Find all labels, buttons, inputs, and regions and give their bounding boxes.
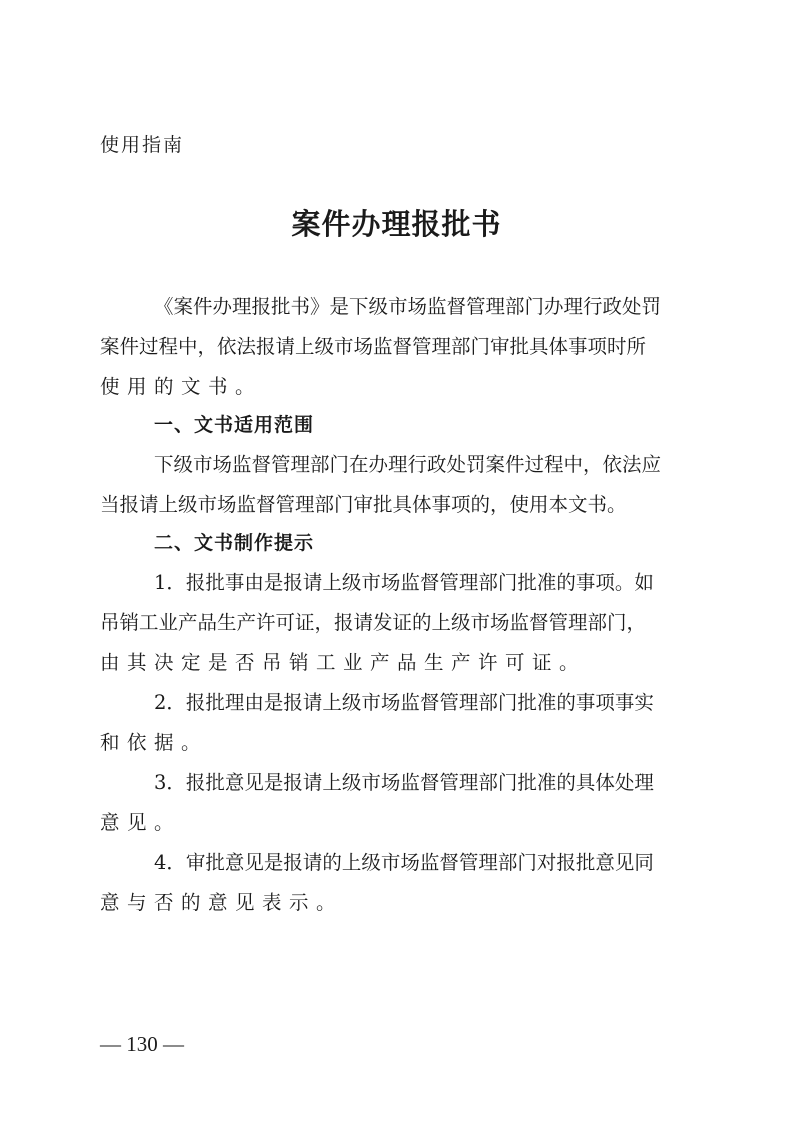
page-number: — 130 — xyxy=(100,1030,184,1058)
text-line: 3．报批意见是报请上级市场监督管理部门批准的具体处理 xyxy=(100,763,694,803)
text-line: 和依据。 xyxy=(100,723,694,763)
scope-paragraph: 下级市场监督管理部门在办理行政处罚案件过程中，依法应 当报请上级市场监督管理部门… xyxy=(100,445,694,525)
text-line: 1．报批事由是报请上级市场监督管理部门批准的事项。如 xyxy=(100,563,694,603)
intro-paragraph: 《案件办理报批书》是下级市场监督管理部门办理行政处罚 案件过程中，依法报请上级市… xyxy=(100,287,694,407)
text-line: 下级市场监督管理部门在办理行政处罚案件过程中，依法应 xyxy=(100,445,694,485)
section-heading-tips: 二、文书制作提示 xyxy=(100,523,694,563)
text-line: 由其决定是否吊销工业产品生产许可证。 xyxy=(100,643,694,683)
tip-item-4: 4．审批意见是报请的上级市场监督管理部门对报批意见同 意与否的意见表示。 xyxy=(100,843,694,923)
text-line: 使用的文书。 xyxy=(100,367,694,407)
section-heading-scope: 一、文书适用范围 xyxy=(100,405,694,445)
tip-item-2: 2．报批理由是报请上级市场监督管理部门批准的事项事实 和依据。 xyxy=(100,683,694,763)
tip-item-3: 3．报批意见是报请上级市场监督管理部门批准的具体处理 意见。 xyxy=(100,763,694,843)
document-body: 《案件办理报批书》是下级市场监督管理部门办理行政处罚 案件过程中，依法报请上级市… xyxy=(100,287,694,923)
text-line: 吊销工业产品生产许可证，报请发证的上级市场监督管理部门， xyxy=(100,603,694,643)
text-line: 意见。 xyxy=(100,803,694,843)
tip-item-1: 1．报批事由是报请上级市场监督管理部门批准的事项。如 吊销工业产品生产许可证，报… xyxy=(100,563,694,683)
text-line: 当报请上级市场监督管理部门审批具体事项的，使用本文书。 xyxy=(100,485,694,525)
text-line: 《案件办理报批书》是下级市场监督管理部门办理行政处罚 xyxy=(100,287,694,327)
text-line: 2．报批理由是报请上级市场监督管理部门批准的事项事实 xyxy=(100,683,694,723)
document-page: 使用指南 案件办理报批书 《案件办理报批书》是下级市场监督管理部门办理行政处罚 … xyxy=(0,0,793,1122)
text-line: 意与否的意见表示。 xyxy=(100,883,694,923)
text-line: 4．审批意见是报请的上级市场监督管理部门对报批意见同 xyxy=(100,843,694,883)
text-line: 案件过程中，依法报请上级市场监督管理部门审批具体事项时所 xyxy=(100,327,694,367)
document-title: 案件办理报批书 xyxy=(0,204,793,244)
running-head: 使用指南 xyxy=(100,131,184,159)
